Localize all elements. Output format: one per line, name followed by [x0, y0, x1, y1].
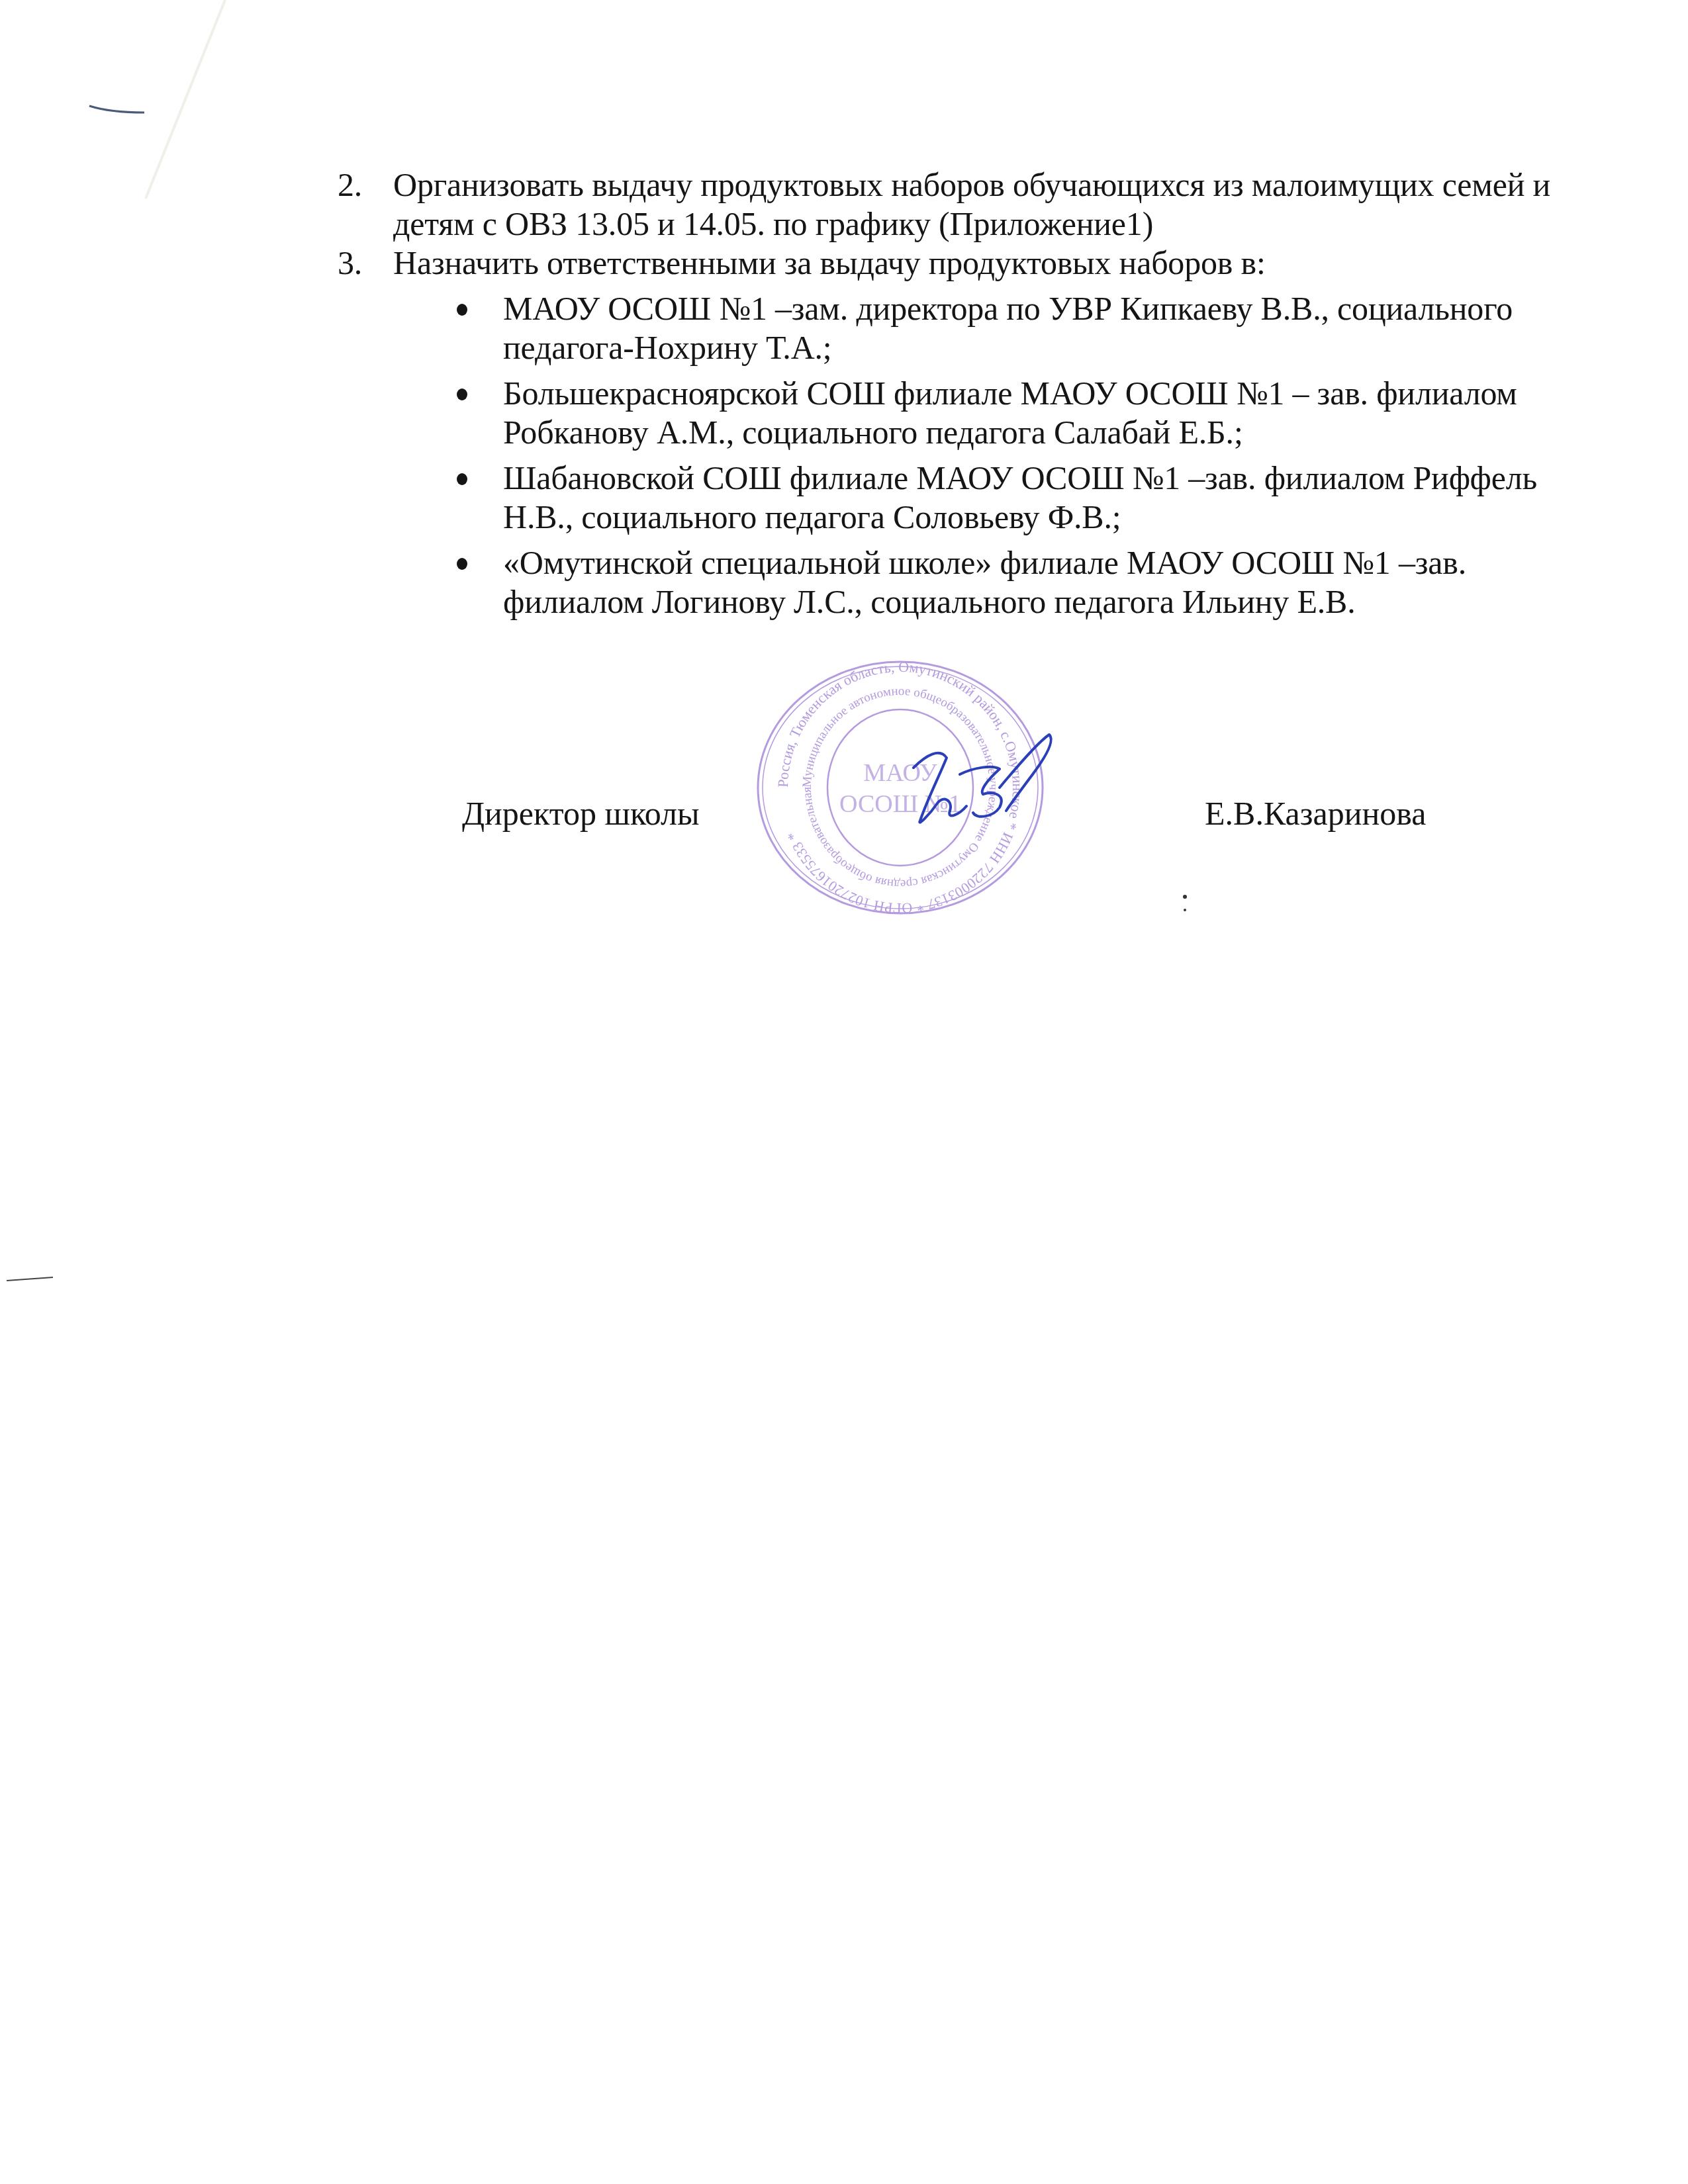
bullet-icon [457, 558, 467, 570]
signature-title: Директор школы [462, 794, 700, 833]
responsible-list: МАОУ ОСОШ №1 –зам. директора по УВР Кипк… [338, 289, 1595, 621]
list-item-text: «Омутинской специальной школе» филиале М… [503, 544, 1466, 620]
item-text: Назначить ответственными за выдачу проду… [393, 244, 1266, 281]
item-number: 2. [338, 165, 362, 205]
list-item: МАОУ ОСОШ №1 –зам. директора по УВР Кипк… [503, 289, 1595, 367]
list-item: Большекрасноярской СОШ филиале МАОУ ОСОШ… [503, 374, 1595, 452]
handwritten-signature-icon [900, 728, 1066, 834]
signature-name: Е.В.Казаринова [1205, 794, 1426, 833]
list-item-text: МАОУ ОСОШ №1 –зам. директора по УВР Кипк… [503, 290, 1513, 366]
bullet-icon [457, 473, 467, 485]
item-number: 3. [338, 244, 362, 283]
document-body: 2. Организовать выдачу продуктовых набор… [338, 165, 1595, 621]
bullet-icon [457, 388, 467, 400]
list-item-text: Большекрасноярской СОШ филиале МАОУ ОСОШ… [503, 375, 1517, 451]
list-item-text: Шабановской СОШ филиале МАОУ ОСОШ №1 –за… [503, 459, 1537, 535]
list-item: «Омутинской специальной школе» филиале М… [503, 543, 1595, 621]
numbered-item-2: 2. Организовать выдачу продуктовых набор… [338, 165, 1595, 244]
item-text: Организовать выдачу продуктовых наборов … [393, 166, 1550, 242]
list-item: Шабановской СОШ филиале МАОУ ОСОШ №1 –за… [503, 459, 1595, 537]
document-page: 2. Организовать выдачу продуктовых набор… [0, 0, 1688, 2184]
bullet-icon [457, 304, 467, 316]
numbered-item-3: 3. Назначить ответственными за выдачу пр… [338, 244, 1595, 283]
